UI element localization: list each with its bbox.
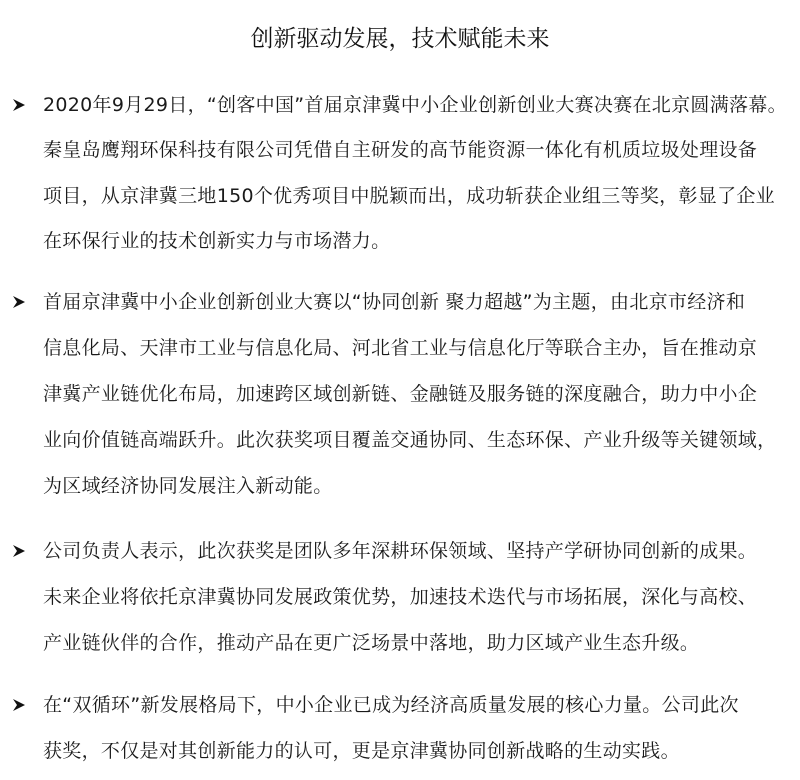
paragraph-line: 首届京津冀中小企业创新创业大赛以“协同创新 聚力超越”为主题，由北京市经济和 [43,290,745,314]
paragraph-line: 在“双循环”新发展格局下，中小企业已成为经济高质量发展的核心力量。公司此次 [43,693,739,717]
document-title: 创新驱动发展，技术赋能未来 [0,24,800,54]
arrowhead-bullet-icon [12,98,26,112]
arrowhead-bullet-icon [12,295,26,309]
paragraph-line: 2020年9月29日，“创客中国”首届京津冀中小企业创新创业大赛决赛在北京圆满落… [43,93,787,117]
paragraph-line: 未来企业将依托京津冀协同发展政策优势，加速技术迭代与市场拓展，深化与高校、 [43,585,757,609]
paragraph-line: 获奖，不仅是对其创新能力的认可，更是京津冀协同创新战略的生动实践。 [43,739,680,763]
arrowhead-bullet-icon [12,544,26,558]
paragraph-line: 为区域经济协同发展注入新动能。 [43,474,333,498]
paragraph-line: 信息化局、天津市工业与信息化局、河北省工业与信息化厅等联合主办，旨在推动京 [43,336,757,360]
paragraph-line: 津冀产业链优化布局，加速跨区域创新链、金融链及服务链的深度融合，助力中小企 [43,382,757,406]
paragraph-line: 项目，从京津冀三地150个优秀项目中脱颖而出，成功斩获企业组三等奖，彰显了企业 [43,184,775,208]
paragraph-line: 产业链伙伴的合作，推动产品在更广泛场景中落地，助力区域产业生态升级。 [43,631,699,655]
paragraph-line: 公司负责人表示，此次获奖是团队多年深耕环保领域、坚持产学研协同创新的成果。 [43,539,757,563]
paragraph-line: 秦皇岛鹰翔环保科技有限公司凭借自主研发的高节能资源一体化有机质垃圾处理设备 [43,138,757,162]
arrowhead-bullet-icon [12,698,26,712]
paragraph-line: 业向价值链高端跃升。此次获奖项目覆盖交通协同、生态环保、产业升级等关键领域， [43,428,776,452]
paragraph-line: 在环保行业的技术创新实力与市场潜力。 [43,229,390,253]
